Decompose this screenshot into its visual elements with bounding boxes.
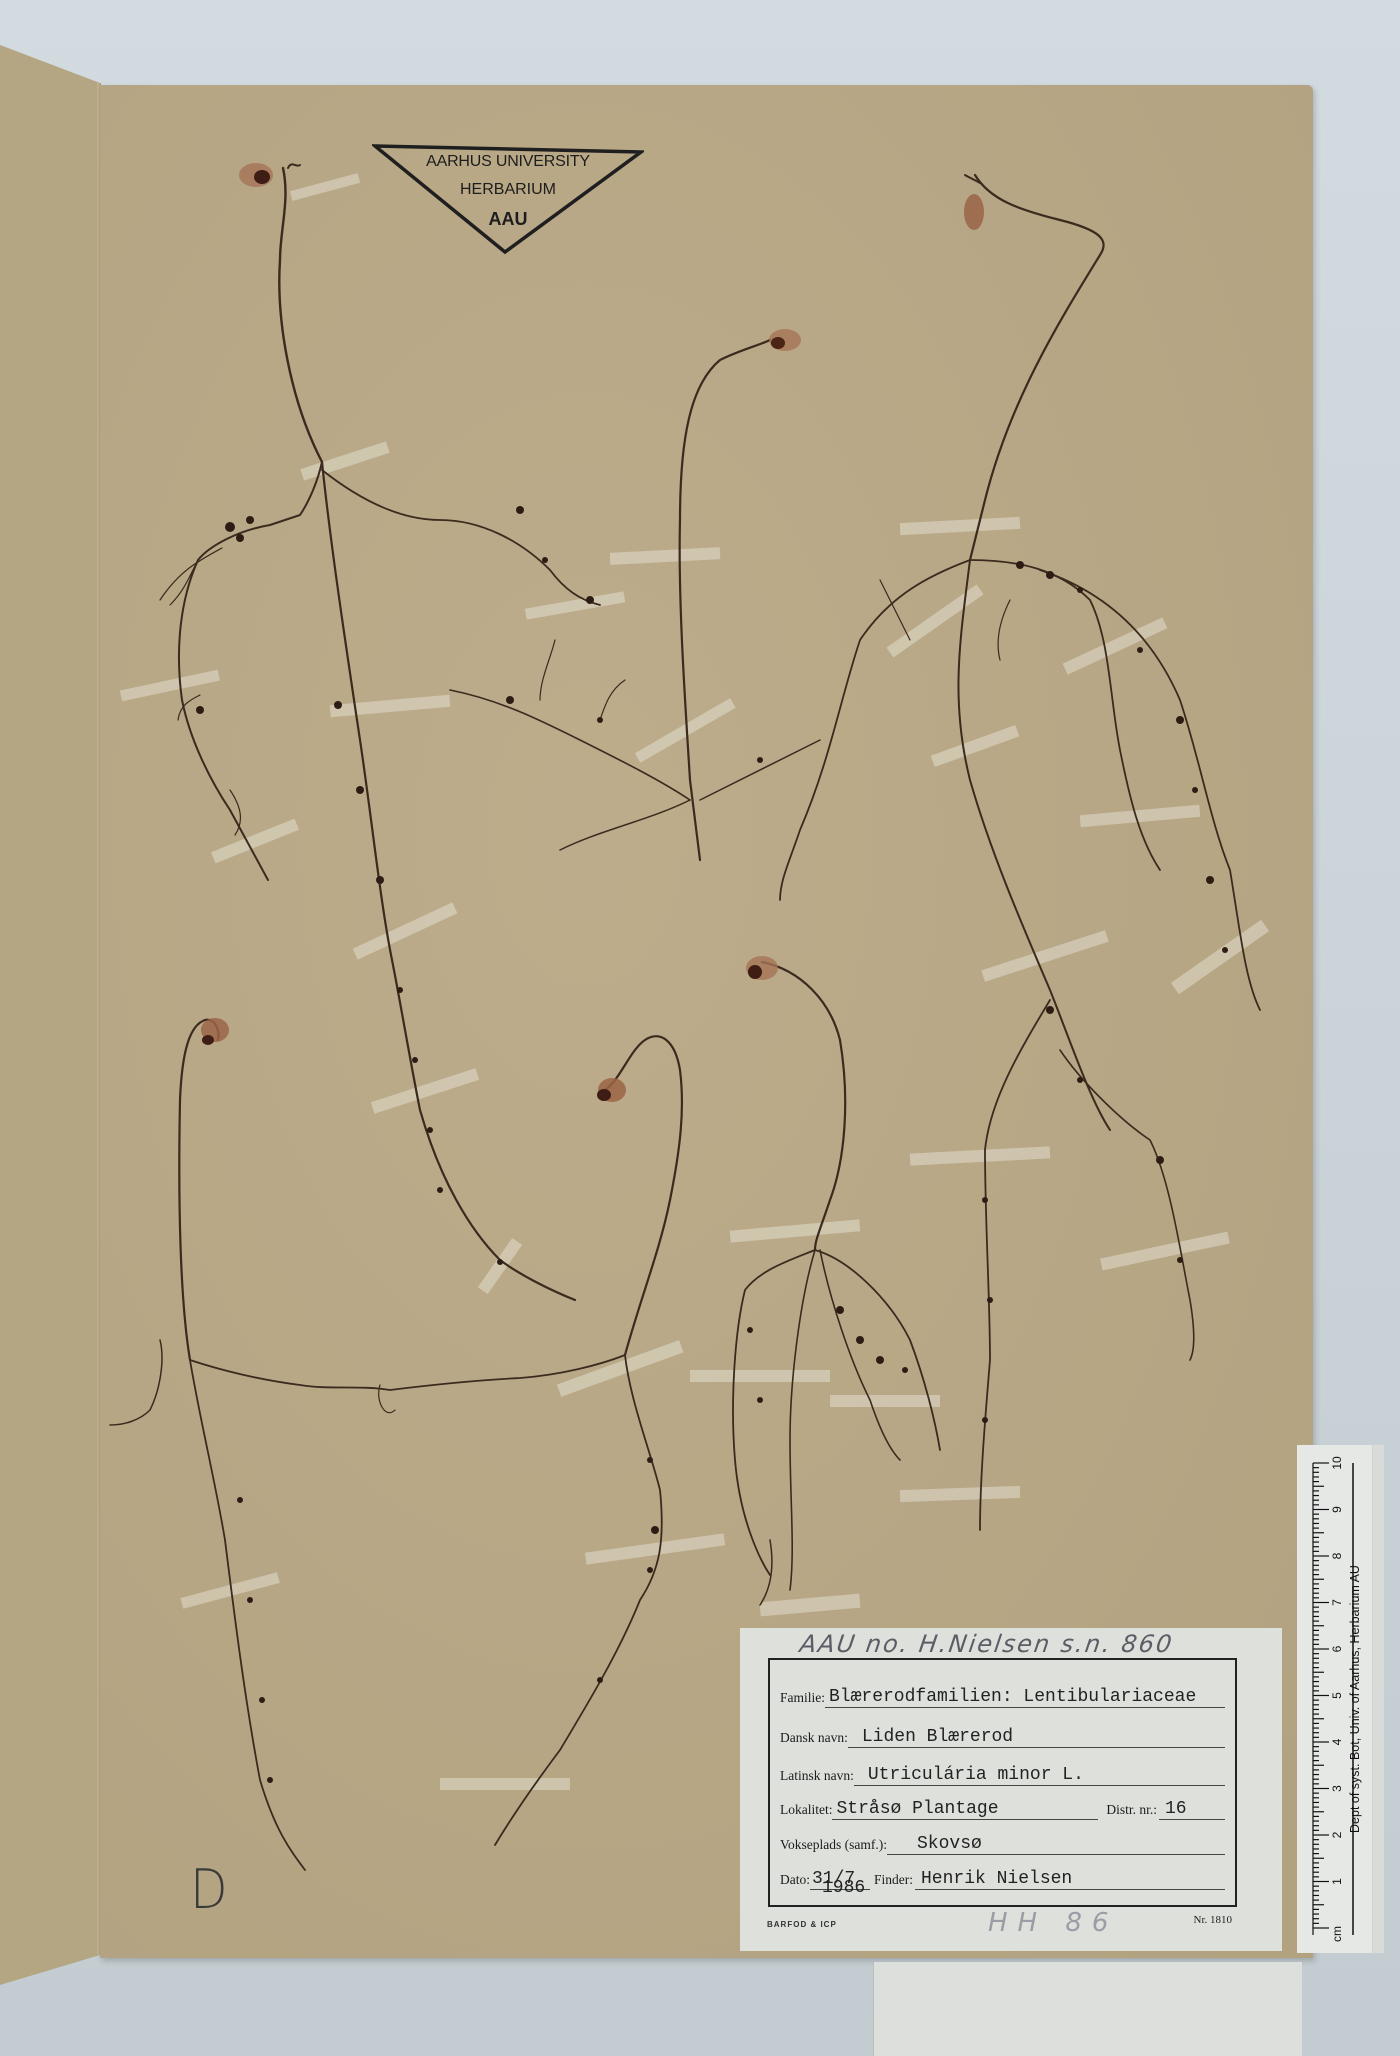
svg-text:3: 3: [1330, 1785, 1344, 1792]
herbarium-stamp: AARHUS UNIVERSITY HERBARIUM AAU: [372, 143, 644, 255]
stamp-line-1: AARHUS UNIVERSITY: [372, 153, 644, 171]
distr-label: Distr. nr.:: [1098, 1802, 1159, 1820]
svg-text:7: 7: [1330, 1599, 1344, 1606]
svg-text:8: 8: [1330, 1552, 1344, 1559]
form-number: Nr. 1810: [1194, 1914, 1233, 1926]
stamp-line-3: AAU: [372, 209, 644, 230]
handwritten-accession: AAU no. H.Nielsen s.n. 860: [798, 1630, 1175, 1658]
field-vokseplads: Vokseplads (samf.): Skovsø: [780, 1825, 1225, 1855]
svg-text:9: 9: [1330, 1506, 1344, 1513]
svg-text:cm: cm: [1330, 1926, 1344, 1942]
dansk-navn-value: Liden Blærerod: [848, 1727, 1225, 1748]
svg-text:2: 2: [1330, 1831, 1344, 1838]
finder-value: Henrik Nielsen: [915, 1869, 1225, 1890]
pencil-note: HH 86: [988, 1908, 1118, 1938]
lokalitet-value: Stråsø Plantage: [832, 1799, 1098, 1820]
lokalitet-label: Lokalitet:: [780, 1802, 832, 1820]
familie-value: Blærerodfamilien: Lentibulariaceae: [825, 1687, 1225, 1708]
finder-label: Finder:: [870, 1872, 915, 1890]
field-familie: Familie: Blærerodfamilien: Lentibulariac…: [780, 1678, 1225, 1708]
field-lokalitet: Lokalitet: Stråsø Plantage Distr. nr.: 1…: [780, 1790, 1225, 1820]
folder-cover: [0, 0, 100, 2056]
stamp-line-2: HERBARIUM: [372, 181, 644, 199]
svg-text:5: 5: [1330, 1692, 1344, 1699]
specimen-label: AAU no. H.Nielsen s.n. 860 Familie: Blær…: [740, 1628, 1282, 1951]
svg-text:6: 6: [1330, 1645, 1344, 1652]
latinsk-navn-label: Latinsk navn:: [780, 1768, 854, 1786]
field-latinsk-navn: Latinsk navn: Utriculária minor L.: [780, 1756, 1225, 1786]
ruler-caption: Dept of syst. Bot, Univ. of Aarhus, Herb…: [1348, 1565, 1362, 1833]
printer-credit: BARFOD & ICP: [767, 1920, 837, 1929]
ruler-edge: [1372, 1445, 1384, 1953]
familie-label: Familie:: [780, 1690, 825, 1708]
dato-label: Dato:: [780, 1872, 810, 1890]
latinsk-navn-value: Utriculária minor L.: [854, 1765, 1225, 1786]
dansk-navn-label: Dansk navn:: [780, 1730, 848, 1748]
distr-value: 16: [1159, 1799, 1225, 1820]
scale-ruler: cm12345678910 Dept of syst. Bot, Univ. o…: [1297, 1445, 1373, 1953]
paper-underneath: [873, 1962, 1302, 2056]
svg-text:1: 1: [1330, 1878, 1344, 1885]
svg-text:4: 4: [1330, 1738, 1344, 1745]
field-dansk-navn: Dansk navn: Liden Blærerod: [780, 1718, 1225, 1748]
svg-text:10: 10: [1330, 1456, 1344, 1470]
vokseplads-label: Vokseplads (samf.):: [780, 1837, 887, 1855]
label-form-box: Familie: Blærerodfamilien: Lentibulariac…: [768, 1658, 1237, 1907]
handwritten-letter: D: [190, 1858, 227, 1921]
dato-year: 1986: [822, 1878, 865, 1898]
vokseplads-value: Skovsø: [887, 1834, 1225, 1855]
